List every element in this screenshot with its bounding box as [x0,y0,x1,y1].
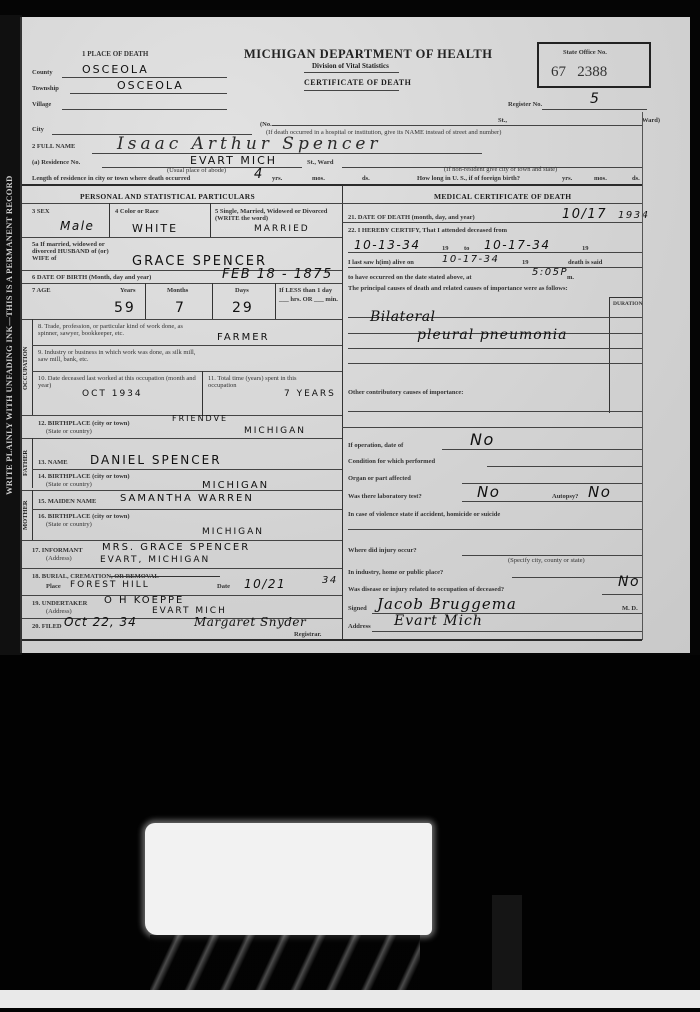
no-label: (No. [260,121,272,128]
undertaker-label: 19. UNDERTAKER [32,600,87,607]
st-label: St., [498,117,507,124]
physician-address: Evart Mich [394,613,483,629]
signed-label: Signed [348,605,367,612]
st-ward-label: St., Ward [307,159,333,166]
register-number: 5 [590,91,600,107]
father-birth-label: 14. BIRTHPLACE (city or town) [38,473,130,480]
usual-place-note: (Usual place of abode) [167,167,226,174]
cause-line-1: Bilateral [370,309,436,325]
death-certificate: 1 PLACE OF DEATH MICHIGAN DEPARTMENT OF … [20,17,690,653]
filed-value: Oct 22, 34 [64,615,137,629]
specify-label: (Specify city, county or state) [508,557,585,564]
nonresident-note: (If non-resident give city or town and s… [444,166,557,173]
lab-test-label: Was there laboratory test? [348,493,422,500]
less-than-label: If LESS than 1 day ___ hrs. OR ___ min. [279,286,341,304]
film-artifact [492,895,522,990]
nineteen-label-2: 19 [582,245,589,252]
injury-where-label: Where did injury occur? [348,547,417,554]
occupation-related-value: No [618,574,640,590]
undertaker-address-label: (Address) [46,608,72,615]
father-name-label: 13. NAME [38,459,68,466]
mother-side-label: MOTHER [22,493,32,537]
dob-label: 6 DATE OF BIRTH (Month, day and year) [32,274,151,281]
personal-heading: PERSONAL AND STATISTICAL PARTICULARS [80,192,255,201]
attended-from: 10-13-34 [354,238,420,252]
film-edge [0,990,700,1008]
burial-year: 34 [322,575,338,586]
date-of-death-label: 21. DATE OF DEATH (month, day, and year) [348,214,475,221]
informant-address: EVART, MICHIGAN [100,555,210,565]
department-title: MICHIGAN DEPARTMENT OF HEALTH [244,47,492,62]
township-label: Township [32,85,59,92]
m-label: m. [567,274,574,281]
age-months: 7 [175,300,186,316]
county-value: OSCEOLA [82,63,149,76]
register-label: Register No. [508,101,542,108]
trade-value: FARMER [217,332,270,343]
operation-label: If operation, date of [348,442,403,449]
autopsy-label: Autopsy? [552,493,578,500]
address-label: Address [348,623,371,630]
length-residence-years: 4 [254,167,264,182]
birthplace-state-label: (State or country) [46,428,92,435]
marital-value: MARRIED [254,224,310,234]
certify-label: 22. I HEREBY CERTIFY, That I attended de… [348,227,507,234]
full-name-label: 2 FULL NAME [32,143,75,150]
total-time-value: 7 YEARS [284,389,336,399]
birthplace-state: MICHIGAN [244,426,306,436]
mother-name: SAMANTHA WARREN [120,493,254,504]
certificate-title: CERTIFICATE OF DEATH [304,78,411,87]
state-office-number: 67 2388 [551,64,607,81]
mother-name-label: 15. MAIDEN NAME [38,498,96,505]
days-label: Days [235,287,249,294]
filed-label: 20. FILED [32,623,62,630]
time-of-death: 5:05P [532,267,568,278]
age-label: 7 AGE [32,287,51,294]
undertaker-value: O H KOEPPE [104,595,184,606]
city-label: City [32,126,44,133]
operation-value: No [470,430,495,449]
autopsy-value: No [588,483,611,501]
ward-label: Ward) [642,117,660,124]
date-of-death: 10/17 [562,207,607,222]
occupation-related-label: Was disease or injury related to occupat… [348,586,504,593]
marital-label: 5 Single, Married, Widowed or Divorced (… [215,208,340,222]
spouse-label: 5a If married, widowed or divorced HUSBA… [32,241,122,262]
informant-address-label: (Address) [46,555,72,562]
death-said-label: death is said [568,259,602,266]
county-label: County [32,69,53,76]
film-light-patch [145,823,432,935]
township-value: OSCEOLA [117,79,184,92]
state-office-box: State Office No. 67 2388 [537,42,651,88]
foreign-mos-label: mos. [594,175,607,182]
duration-label: DURATION [613,301,643,307]
occurred-label: to have occurred on the date stated abov… [348,274,472,281]
registrar-label: Registrar. [294,631,321,638]
burial-place-label: Place [46,583,61,590]
state-office-label: State Office No. [563,49,607,56]
film-margin: WRITE PLAINLY WITH UNFADING INK—THIS IS … [0,15,22,655]
occupation-side-label: OCCUPATION [22,323,32,413]
village-label: Village [32,101,51,108]
violence-label: In case of violence state if accident, h… [348,511,500,518]
ds-label: ds. [362,175,370,182]
father-birth-state-label: (State or country) [46,481,92,488]
industry-label: 9. Industry or business in which work wa… [38,349,198,363]
nineteen-label-3: 19 [522,259,529,266]
birthplace-city: FRIENDVE [172,414,228,423]
yrs-label: yrs. [272,175,282,182]
last-worked-label: 10. Date deceased last worked at this oc… [38,375,198,389]
cause-line-2: pleural pneumonia [417,327,568,343]
attended-to: 10-17-34 [484,238,550,252]
burial-date-label: Date [217,583,230,590]
lab-test-value: No [477,483,500,501]
mos-label: mos. [312,175,325,182]
sex-label: 3 SEX [32,208,50,215]
foreign-yrs-label: yrs. [562,175,572,182]
organ-label: Organ or part affected [348,475,411,482]
years-label: Years [120,287,136,294]
dob-value: FEB 18 - 1875 [222,267,333,282]
age-days: 29 [232,300,254,316]
place-of-death-heading: 1 PLACE OF DEATH [82,50,148,58]
foreign-birth-label: How long in U. S., if of foreign birth? [417,175,520,182]
burial-place: FOREST HILL [70,580,150,590]
residence-value: EVART MICH [190,154,277,167]
date-of-death-year: 1934 [618,210,649,221]
residence-label: (a) Residence No. [32,159,80,166]
condition-label: Condition for which performed [348,458,435,465]
last-saw-label: I last saw h(im) alive on [348,259,414,266]
informant-label: 17. INFORMANT [32,547,83,554]
nineteen-label-1: 19 [442,245,449,252]
division-subtitle: Division of Vital Statistics [312,62,389,70]
last-saw-value: 10-17-34 [442,254,499,265]
film-streaks [150,935,420,995]
foreign-ds-label: ds. [632,175,640,182]
causes-label: The principal causes of death and relate… [348,284,608,293]
father-side-label: FATHER [22,441,32,485]
full-name-value: Isaac Arthur Spencer [117,134,382,154]
industry-place-label: In industry, home or public place? [348,569,443,576]
registrar-signature: Margaret Snyder [194,615,306,629]
duration-column: DURATION [609,297,643,413]
medical-heading: MEDICAL CERTIFICATE OF DEATH [434,192,571,201]
length-residence-label: Length of residence in city or town wher… [32,175,190,182]
age-years: 59 [114,300,136,316]
md-label: M. D. [622,605,638,612]
race-value: WHITE [132,222,178,235]
margin-instruction: WRITE PLAINLY WITH UNFADING INK—THIS IS … [4,35,18,635]
other-causes-label: Other contributory causes of importance: [348,389,463,396]
to-label: to [464,245,469,252]
birthplace-label: 12. BIRTHPLACE (city or town) [38,420,130,427]
informant-value: MRS. GRACE SPENCER [102,542,250,553]
mother-birth-state-label: (State or country) [46,521,92,528]
months-label: Months [167,287,188,294]
mother-birth: MICHIGAN [202,527,264,537]
last-worked-value: OCT 1934 [82,389,143,399]
total-time-label: 11. Total time (years) spent in this occ… [208,375,308,389]
mother-birth-label: 16. BIRTHPLACE (city or town) [38,513,130,520]
trade-label: 8. Trade, profession, or particular kind… [38,323,198,337]
burial-date: 10/21 [244,577,286,591]
physician-signature: Jacob Bruggema [377,595,517,613]
sex-value: Male [60,219,94,233]
race-label: 4 Color or Race [115,208,159,215]
father-name: DANIEL SPENCER [90,453,222,467]
